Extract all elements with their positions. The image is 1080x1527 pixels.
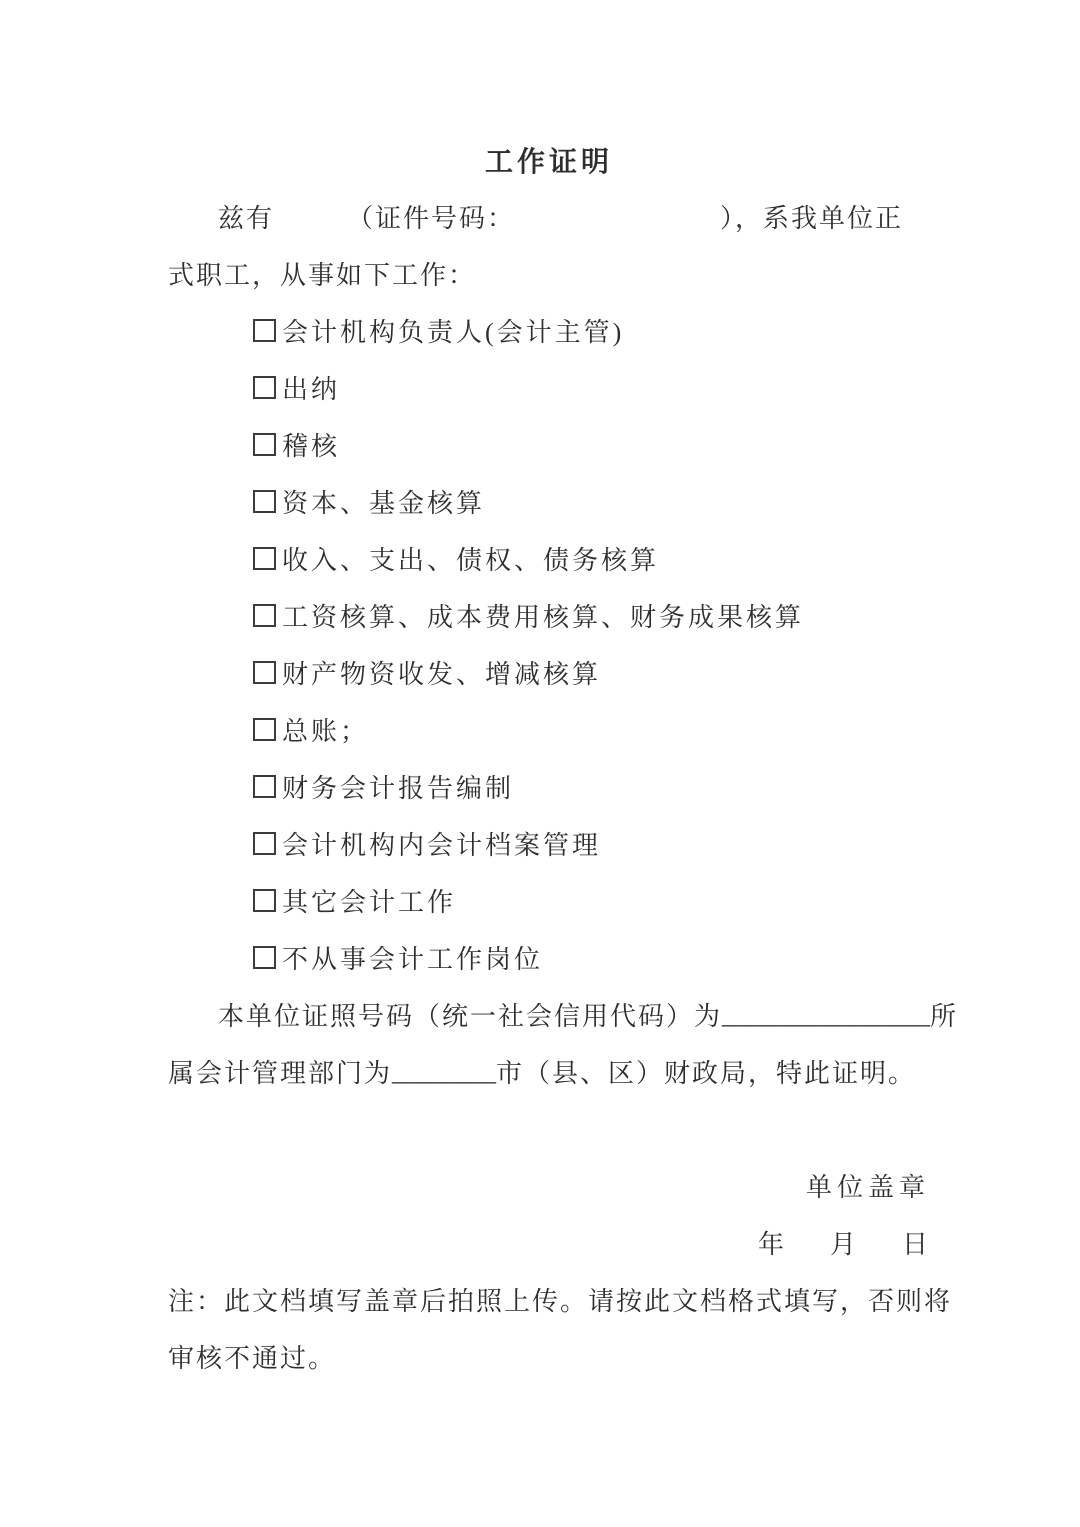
job-option-label: 会计机构内会计档案管理 xyxy=(282,825,601,862)
intro-line-2: 式职工，从事如下工作： xyxy=(168,245,930,302)
checkbox-icon[interactable] xyxy=(253,490,276,513)
job-option-row: 出纳 xyxy=(168,359,930,416)
job-option-label: 不从事会计工作岗位 xyxy=(282,939,543,976)
job-option-row: 收入、支出、债权、债务核算 xyxy=(168,530,930,587)
checkbox-icon[interactable] xyxy=(253,661,276,684)
job-option-label: 总账； xyxy=(282,711,369,748)
job-option-row: 稽核 xyxy=(168,416,930,473)
job-option-row: 资本、基金核算 xyxy=(168,473,930,530)
job-option-label: 工资核算、成本费用核算、财务成果核算 xyxy=(282,597,804,634)
license-line-2-suffix: 市（县、区）财政局，特此证明。 xyxy=(496,1053,916,1090)
license-line-1: 本单位证照号码（统一社会信用代码）为________________所 xyxy=(168,986,930,1043)
license-number-label: 本单位证照号码（统一社会信用代码）为 xyxy=(218,996,722,1033)
job-option-row: 其它会计工作 xyxy=(168,872,930,929)
job-option-row: 财产物资收发、增减核算 xyxy=(168,644,930,701)
job-option-row: 财务会计报告编制 xyxy=(168,758,930,815)
intro-line-1: 兹有 （证件号码： ），系我单位正 xyxy=(168,188,930,245)
job-option-row: 总账； xyxy=(168,701,930,758)
checkbox-icon[interactable] xyxy=(253,547,276,570)
intro-unit-text: ），系我单位正 xyxy=(720,198,903,235)
authority-blank: ________ xyxy=(392,1057,496,1087)
unit-seal-label: 单位盖章 xyxy=(806,1167,930,1204)
checkbox-icon[interactable] xyxy=(253,319,276,342)
job-option-row: 不从事会计工作岗位 xyxy=(168,929,930,986)
checkbox-icon[interactable] xyxy=(253,832,276,855)
spacer-row xyxy=(168,1100,930,1157)
job-option-label: 出纳 xyxy=(282,369,340,406)
checkbox-icon[interactable] xyxy=(253,376,276,399)
license-number-blank: ________________ xyxy=(722,1000,930,1030)
authority-label: 属会计管理部门为 xyxy=(168,1053,392,1090)
job-option-label: 收入、支出、债权、债务核算 xyxy=(282,540,659,577)
checkbox-icon[interactable] xyxy=(253,604,276,627)
job-option-label: 会计机构负责人(会计主管) xyxy=(282,312,624,349)
job-option-row: 会计机构内会计档案管理 xyxy=(168,815,930,872)
seal-row: 单位盖章 xyxy=(168,1157,930,1214)
intro-line-2-text: 式职工，从事如下工作： xyxy=(168,255,476,292)
note-line-2-text: 审核不通过。 xyxy=(168,1338,336,1375)
checkbox-icon[interactable] xyxy=(253,775,276,798)
year-label: 年 xyxy=(758,1224,786,1261)
day-label: 日 xyxy=(902,1224,930,1261)
checkbox-icon[interactable] xyxy=(253,433,276,456)
job-option-row: 工资核算、成本费用核算、财务成果核算 xyxy=(168,587,930,644)
note-line-2: 审核不通过。 xyxy=(168,1328,930,1385)
checkbox-icon[interactable] xyxy=(253,946,276,969)
work-certificate-document: 工作证明 兹有 （证件号码： ），系我单位正 式职工，从事如下工作： 会计机构负… xyxy=(0,0,1080,1527)
intro-herewith-text: 兹有 xyxy=(218,198,274,235)
job-option-label: 稽核 xyxy=(282,426,340,463)
id-number-label: （证件号码： xyxy=(347,198,515,235)
job-option-row: 会计机构负责人(会计主管) xyxy=(168,302,930,359)
job-option-label: 其它会计工作 xyxy=(282,882,456,919)
document-title-row: 工作证明 xyxy=(168,131,930,188)
license-line-2: 属会计管理部门为________市（县、区）财政局，特此证明。 xyxy=(168,1043,930,1100)
month-label: 月 xyxy=(830,1224,858,1261)
license-line-1-suffix: 所 xyxy=(930,996,958,1033)
checkbox-icon[interactable] xyxy=(253,889,276,912)
job-option-label: 财务会计报告编制 xyxy=(282,768,514,805)
page-title: 工作证明 xyxy=(485,140,613,180)
job-option-label: 财产物资收发、增减核算 xyxy=(282,654,601,691)
date-row: 年 月 日 xyxy=(168,1214,930,1271)
note-line-1: 注：此文档填写盖章后拍照上传。请按此文档格式填写，否则将 xyxy=(168,1271,930,1328)
checkbox-icon[interactable] xyxy=(253,718,276,741)
note-line-1-text: 注：此文档填写盖章后拍照上传。请按此文档格式填写，否则将 xyxy=(168,1281,952,1318)
job-option-label: 资本、基金核算 xyxy=(282,483,485,520)
